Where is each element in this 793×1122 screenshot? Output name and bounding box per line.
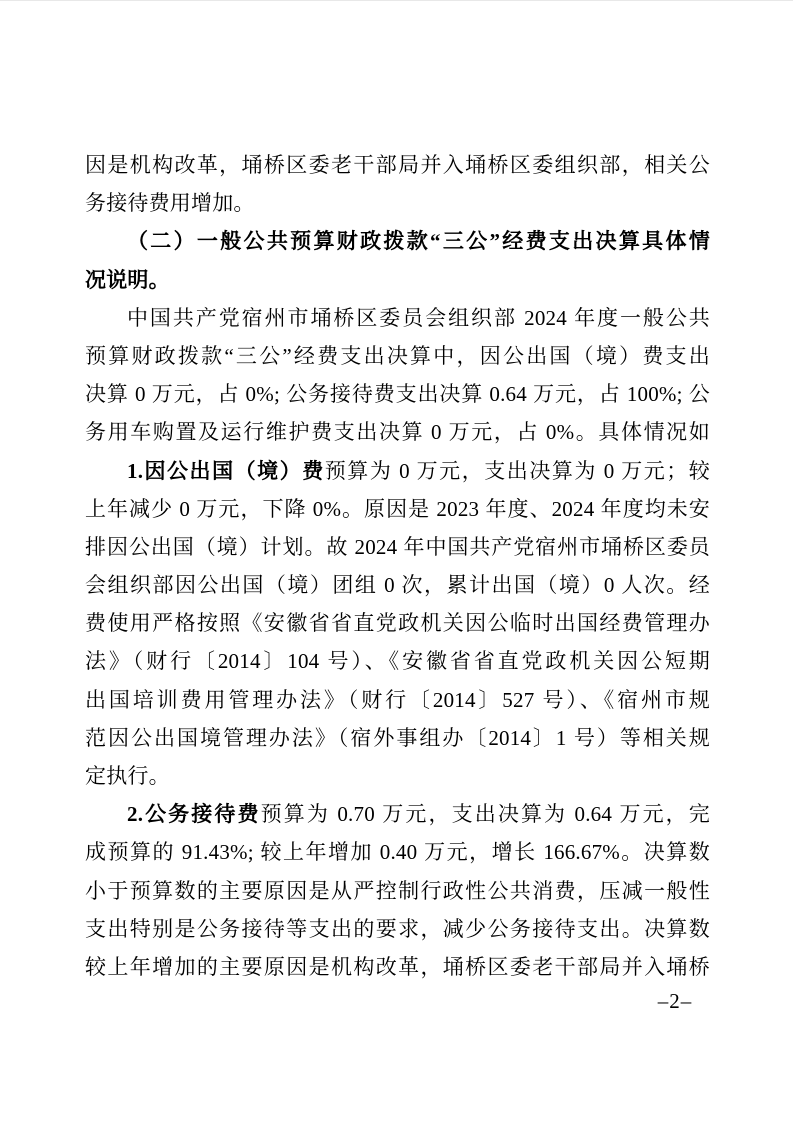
- text-segment: 预算为 0 万元，支出决算为 0 万元；较: [325, 459, 710, 483]
- text-segment: 务接待费用增加。: [85, 191, 255, 215]
- text-segment: 法》（财行〔2014〕104 号）、《安徽省省直党政机关因公短期: [85, 649, 710, 673]
- bold-text-segment: 2.公务接待费: [127, 802, 261, 826]
- text-segment: 费使用严格按照《安徽省省直党政机关因公临时出国经费管理办: [85, 611, 710, 635]
- bold-text-segment: 况说明。: [85, 268, 170, 292]
- text-line: 定执行。: [85, 757, 710, 795]
- bold-text-segment: 1.因公出国（境）费: [127, 459, 325, 483]
- text-line: 上年减少 0 万元，下降 0%。原因是 2023 年度、2024 年度均未安: [85, 490, 710, 528]
- bold-text-segment: （二）一般公共预算财政拨款“三公”经费支出决算具体情: [127, 229, 710, 253]
- text-line: 决算 0 万元，占 0%; 公务接待费支出决算 0.64 万元，占 100%; …: [85, 375, 710, 413]
- text-line: 法》（财行〔2014〕104 号）、《安徽省省直党政机关因公短期: [85, 642, 710, 680]
- text-segment: 出国培训费用管理办法》（财行〔2014〕527 号）、《宿州市规: [85, 688, 710, 712]
- text-line: 费使用严格按照《安徽省省直党政机关因公临时出国经费管理办: [85, 604, 710, 642]
- text-line: 中国共产党宿州市埇桥区委员会组织部 2024 年度一般公共: [85, 299, 710, 337]
- text-line: 范因公出国境管理办法》（宿外事组办〔2014〕1 号）等相关规: [85, 719, 710, 757]
- text-line: 2.公务接待费预算为 0.70 万元，支出决算为 0.64 万元，完: [85, 795, 710, 833]
- text-line: 务接待费用增加。: [85, 184, 710, 222]
- document-page: 因是机构改革，埇桥区委老干部局并入埇桥区委组织部，相关公务接待费用增加。（二）一…: [0, 0, 793, 1122]
- text-line: 预算财政拨款“三公”经费支出决算中，因公出国（境）费支出: [85, 337, 710, 375]
- text-line: 成预算的 91.43%; 较上年增加 0.40 万元，增长 166.67%。决算…: [85, 833, 710, 871]
- text-line: 务用车购置及运行维护费支出决算 0 万元，占 0%。具体情况如下：: [85, 413, 710, 451]
- text-line: 出国培训费用管理办法》（财行〔2014〕527 号）、《宿州市规: [85, 681, 710, 719]
- page-number: –2–: [600, 989, 750, 1014]
- text-segment: 排因公出国（境）计划。故 2024 年中国共产党宿州市埇桥区委员: [85, 535, 710, 559]
- text-segment: 务用车购置及运行维护费支出决算 0 万元，占 0%。具体情况如下：: [85, 420, 710, 451]
- text-segment: 成预算的 91.43%; 较上年增加 0.40 万元，增长 166.67%。决算…: [85, 840, 710, 864]
- text-line: 况说明。: [85, 261, 710, 299]
- text-segment: 预算财政拨款“三公”经费支出决算中，因公出国（境）费支出: [85, 344, 710, 368]
- text-line: 较上年增加的主要原因是机构改革，埇桥区委老干部局并入埇桥: [85, 948, 710, 986]
- text-segment: 因是机构改革，埇桥区委老干部局并入埇桥区委组织部，相关公: [85, 153, 710, 177]
- document-body: 因是机构改革，埇桥区委老干部局并入埇桥区委组织部，相关公务接待费用增加。（二）一…: [85, 146, 710, 986]
- text-segment: 支出特别是公务接待等支出的要求，减少公务接待支出。决算数: [85, 917, 710, 941]
- text-segment: 定执行。: [85, 764, 170, 788]
- text-segment: 较上年增加的主要原因是机构改革，埇桥区委老干部局并入埇桥: [85, 955, 710, 979]
- text-line: 支出特别是公务接待等支出的要求，减少公务接待支出。决算数: [85, 910, 710, 948]
- text-line: （二）一般公共预算财政拨款“三公”经费支出决算具体情: [85, 222, 710, 260]
- text-segment: 上年减少 0 万元，下降 0%。原因是 2023 年度、2024 年度均未安: [85, 497, 710, 521]
- text-segment: 小于预算数的主要原因是从严控制行政性公共消费，压减一般性: [85, 879, 710, 903]
- text-segment: 会组织部因公出国（境）团组 0 次，累计出国（境）0 人次。经: [85, 573, 710, 597]
- text-segment: 中国共产党宿州市埇桥区委员会组织部 2024 年度一般公共: [127, 306, 710, 330]
- text-line: 因是机构改革，埇桥区委老干部局并入埇桥区委组织部，相关公: [85, 146, 710, 184]
- text-segment: 决算 0 万元，占 0%; 公务接待费支出决算 0.64 万元，占 100%; …: [85, 382, 710, 406]
- text-line: 1.因公出国（境）费预算为 0 万元，支出决算为 0 万元；较: [85, 452, 710, 490]
- text-line: 小于预算数的主要原因是从严控制行政性公共消费，压减一般性: [85, 872, 710, 910]
- text-line: 会组织部因公出国（境）团组 0 次，累计出国（境）0 人次。经: [85, 566, 710, 604]
- text-segment: 范因公出国境管理办法》（宿外事组办〔2014〕1 号）等相关规: [85, 726, 710, 750]
- text-segment: 预算为 0.70 万元，支出决算为 0.64 万元，完: [261, 802, 710, 826]
- text-line: 排因公出国（境）计划。故 2024 年中国共产党宿州市埇桥区委员: [85, 528, 710, 566]
